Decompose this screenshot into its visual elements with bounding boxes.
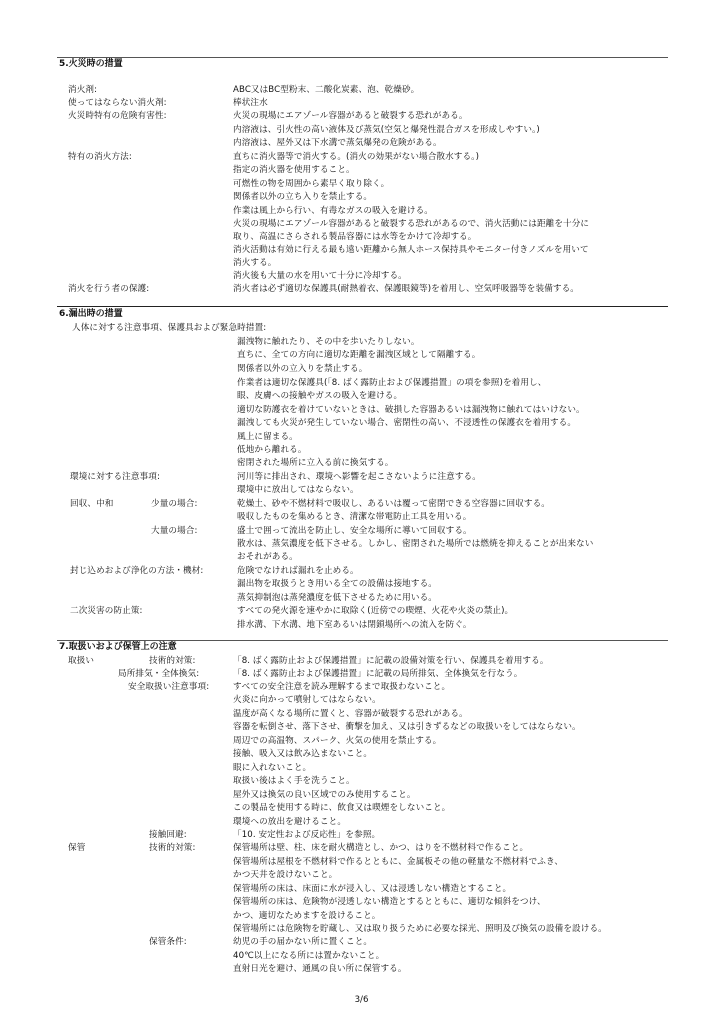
section-6-title: 6.漏出時の措置 bbox=[59, 308, 123, 320]
section-7-title: 7.取扱いおよび保管上の注意 bbox=[59, 641, 177, 653]
label-personal-precautions: 人体に対する注意事項、保護具および緊急時措置: bbox=[72, 322, 266, 334]
label-storage: 保管 bbox=[68, 842, 85, 854]
value-line: 取り、高温にさらされる製品容器には水等をかけて冷却する。 bbox=[233, 231, 476, 243]
value-line: 直ちに消火器等で消火する。(消火の効果がない場合散水する。) bbox=[233, 151, 479, 163]
value-line: 接触、吸入又は飲み込まないこと。 bbox=[233, 748, 372, 760]
value-line: 火災の現場にエアゾール容器があると破裂する恐れがあるので、消火活動には距離を十分… bbox=[233, 218, 589, 230]
value-line: 幼児の手の届かない所に置くこと。 bbox=[233, 936, 372, 948]
value-line: 危険でなければ漏れを止める。 bbox=[237, 565, 359, 577]
value-line: 保管場所は屋根を不燃材料で作るとともに、金属板その他の軽量な不燃材料でふき、 bbox=[233, 856, 563, 868]
value-line: 直射日光を避け、通風の良い所に保管する。 bbox=[233, 963, 407, 975]
value-line: 乾燥土、砂や不燃材料で吸収し、あるいは覆って密閉できる空容器に回収する。 bbox=[237, 498, 550, 510]
label-large-spill: 大量の場合: bbox=[151, 525, 197, 537]
value-line: 関係者以外の立ち入りを禁止する。 bbox=[233, 191, 372, 203]
value-line: 屋外又は換気の良い区域でのみ使用すること。 bbox=[233, 789, 416, 801]
value-line: 吸収したものを集めるとき、清潔な帯電防止工具を用いる。 bbox=[237, 511, 471, 523]
value-line: 指定の消火器を使用すること。 bbox=[233, 164, 355, 176]
value-line: 周辺での高温物、スパーク、火気の使用を禁止する。 bbox=[233, 735, 441, 747]
value-line: 直ちに、全ての方向に適切な距離を漏洩区域として隔離する。 bbox=[237, 349, 480, 361]
label-avoid-contact: 接触回避: bbox=[149, 829, 187, 841]
value-line: 保管場所には危険物を貯蔵し、又は取り扱うために必要な採光、照明及び換気の設備を設… bbox=[233, 923, 607, 935]
value-line: 眼に入れないこと。 bbox=[233, 762, 311, 774]
value-line: 低地から離れる。 bbox=[237, 444, 307, 456]
value-line: 関係者以外の立入りを禁止する。 bbox=[237, 363, 367, 375]
value-line: 消火する。 bbox=[233, 257, 276, 269]
value-unsuitable-media: 棒状注水 bbox=[233, 97, 268, 109]
section-5-title: 5.火災時の措置 bbox=[59, 58, 123, 70]
value-line: 「8. ばく露防止および保護措置」に記載の局所排気、全体換気を行なう。 bbox=[233, 668, 522, 680]
value-line: 内溶液は、屋外又は下水溝で蒸気爆発の危険がある。 bbox=[233, 137, 442, 149]
value-line: 「10. 安定性および反応性」を参照。 bbox=[233, 829, 380, 841]
value-extinguishing-media: ABC又はBC型粉末、二酸化炭素、泡、乾燥砂。 bbox=[233, 84, 419, 96]
value-line: 漏出物を取扱うとき用いる全ての設備は接地する。 bbox=[237, 578, 437, 590]
label-specific-methods: 特有の消火方法: bbox=[68, 151, 132, 163]
section-divider bbox=[57, 306, 668, 307]
section-divider bbox=[57, 57, 668, 58]
label-storage-conditions: 保管条件: bbox=[149, 936, 187, 948]
value-firefighter-protection: 消火者は必ず適切な保護具(耐熱着衣、保護眼鏡等)を着用し、空気呼吸器等を装備する… bbox=[233, 283, 579, 295]
value-line: かつ、適切なためますを設けること。 bbox=[233, 910, 380, 922]
label-ventilation: 局所排気・全体換気: bbox=[118, 668, 199, 680]
value-line: 保管場所の床は、床面に水が浸入し、又は浸透しない構造とすること。 bbox=[233, 883, 511, 895]
value-line: 適切な防護衣を着けていないときは、破損した容器あるいは漏洩物に触れてはいけない。 bbox=[237, 404, 585, 416]
value-line: 漏洩物に触れたり、その中を歩いたりしない。 bbox=[237, 336, 420, 348]
value-line: 取扱い後はよく手を洗うこと。 bbox=[233, 775, 355, 787]
value-line: 消火後も大量の水を用いて十分に冷却する。 bbox=[233, 270, 407, 282]
value-line: 可燃性の物を周囲から素早く取り除く。 bbox=[233, 178, 389, 190]
page-number: 3/6 bbox=[0, 995, 723, 1005]
value-line: 眼、皮膚への接触やガスの吸入を避ける。 bbox=[237, 390, 402, 402]
label-safe-handling: 安全取扱い注意事項: bbox=[128, 681, 209, 693]
value-line: 盛土で囲って流出を防止し、安全な場所に導いて回収する。 bbox=[237, 525, 472, 537]
label-recovery: 回収、中和 bbox=[70, 498, 113, 510]
value-line: 容器を転倒させ、落下させ、衝撃を加え、又は引きずるなどの取扱いをしてはならない。 bbox=[233, 721, 581, 733]
label-firefighter-protection: 消火を行う者の保護: bbox=[68, 283, 149, 295]
value-line: 火炎に向かって噴射してはならない。 bbox=[233, 694, 381, 706]
value-line: この製品を使用する時に、飲食又は喫煙をしないこと。 bbox=[233, 802, 450, 814]
value-line: 「8. ばく露防止および保護措置」に記載の設備対策を行い、保護具を着用する。 bbox=[233, 655, 549, 667]
label-specific-hazards: 火災時特有の危険有害性: bbox=[68, 110, 167, 122]
value-line: おそれがある。 bbox=[237, 551, 298, 563]
value-line: 作業は風上から行い、有毒なガスの吸入を避ける。 bbox=[233, 205, 433, 217]
value-line: 作業者は適切な保護具(「8. ばく露防止および保護措置」の項を参照)を着用し、 bbox=[237, 377, 546, 389]
value-line: 保管場所の床は、危険物が浸透しない構造とするとともに、適切な傾斜をつけ、 bbox=[233, 896, 546, 908]
label-secondary-prevention: 二次災害の防止策: bbox=[70, 605, 143, 617]
value-line: すべての安全注意を読み理解するまで取扱わないこと。 bbox=[233, 681, 450, 693]
value-line: 河川等に排出され、環境へ影響を起こさないように注意する。 bbox=[237, 471, 481, 483]
value-line: 漏洩しても火災が発生していない場合、密閉性の高い、不浸透性の保護衣を着用する。 bbox=[237, 417, 576, 429]
value-line: 温度が高くなる場所に置くと、容器が破裂する恐れがある。 bbox=[233, 708, 468, 720]
label-handling-technical: 技術的対策: bbox=[149, 655, 195, 667]
value-line: 蒸気抑制泡は蒸発濃度を低下させるために用いる。 bbox=[237, 592, 437, 604]
label-environmental: 環境に対する注意事項: bbox=[70, 471, 160, 483]
sds-page: 5.火災時の措置 消火剤: ABC又はBC型粉末、二酸化炭素、泡、乾燥砂。 使っ… bbox=[0, 0, 723, 1024]
value-line: 散水は、蒸気濃度を低下させる。しかし、密閉された場所では燃焼を抑えることが出来な… bbox=[237, 538, 593, 550]
value-line: 内溶液は、引火性の高い液体及び蒸気(空気と爆発性混合ガスを形成しやすい。) bbox=[233, 124, 540, 136]
label-unsuitable-media: 使ってはならない消火剤: bbox=[68, 97, 167, 109]
label-containment: 封じ込めおよび浄化の方法・機材: bbox=[70, 565, 203, 577]
value-line: かつ天井を設けないこと。 bbox=[233, 869, 337, 881]
value-line: 環境への放出を避けること。 bbox=[233, 816, 346, 828]
value-line: 風上に留まる。 bbox=[237, 431, 298, 443]
label-extinguishing-media: 消火剤: bbox=[68, 84, 97, 96]
value-line: 保管場所は壁、柱、床を耐火構造とし、かつ、はりを不燃材料で作ること。 bbox=[233, 842, 528, 854]
value-line: すべての発火源を速やかに取除く(近傍での喫煙、火花や火炎の禁止)。 bbox=[237, 605, 513, 617]
value-line: 密閉された場所に立入る前に換気する。 bbox=[237, 457, 394, 469]
value-line: 40℃以上になる所には置かないこと。 bbox=[233, 950, 384, 962]
value-line: 火災の現場にエアゾール容器があると破裂する恐れがある。 bbox=[233, 110, 468, 122]
label-storage-technical: 技術的対策: bbox=[149, 842, 195, 854]
label-handling: 取扱い bbox=[68, 655, 94, 667]
label-small-spill: 少量の場合: bbox=[151, 498, 197, 510]
value-line: 消火活動は有効に行える最も遠い距離から無人ホース保持具やモニター付きノズルを用い… bbox=[233, 244, 589, 256]
value-line: 排水溝、下水溝、地下室あるいは閉鎖場所への流入を防ぐ。 bbox=[237, 619, 472, 631]
value-line: 環境中に放出してはならない。 bbox=[237, 484, 359, 496]
